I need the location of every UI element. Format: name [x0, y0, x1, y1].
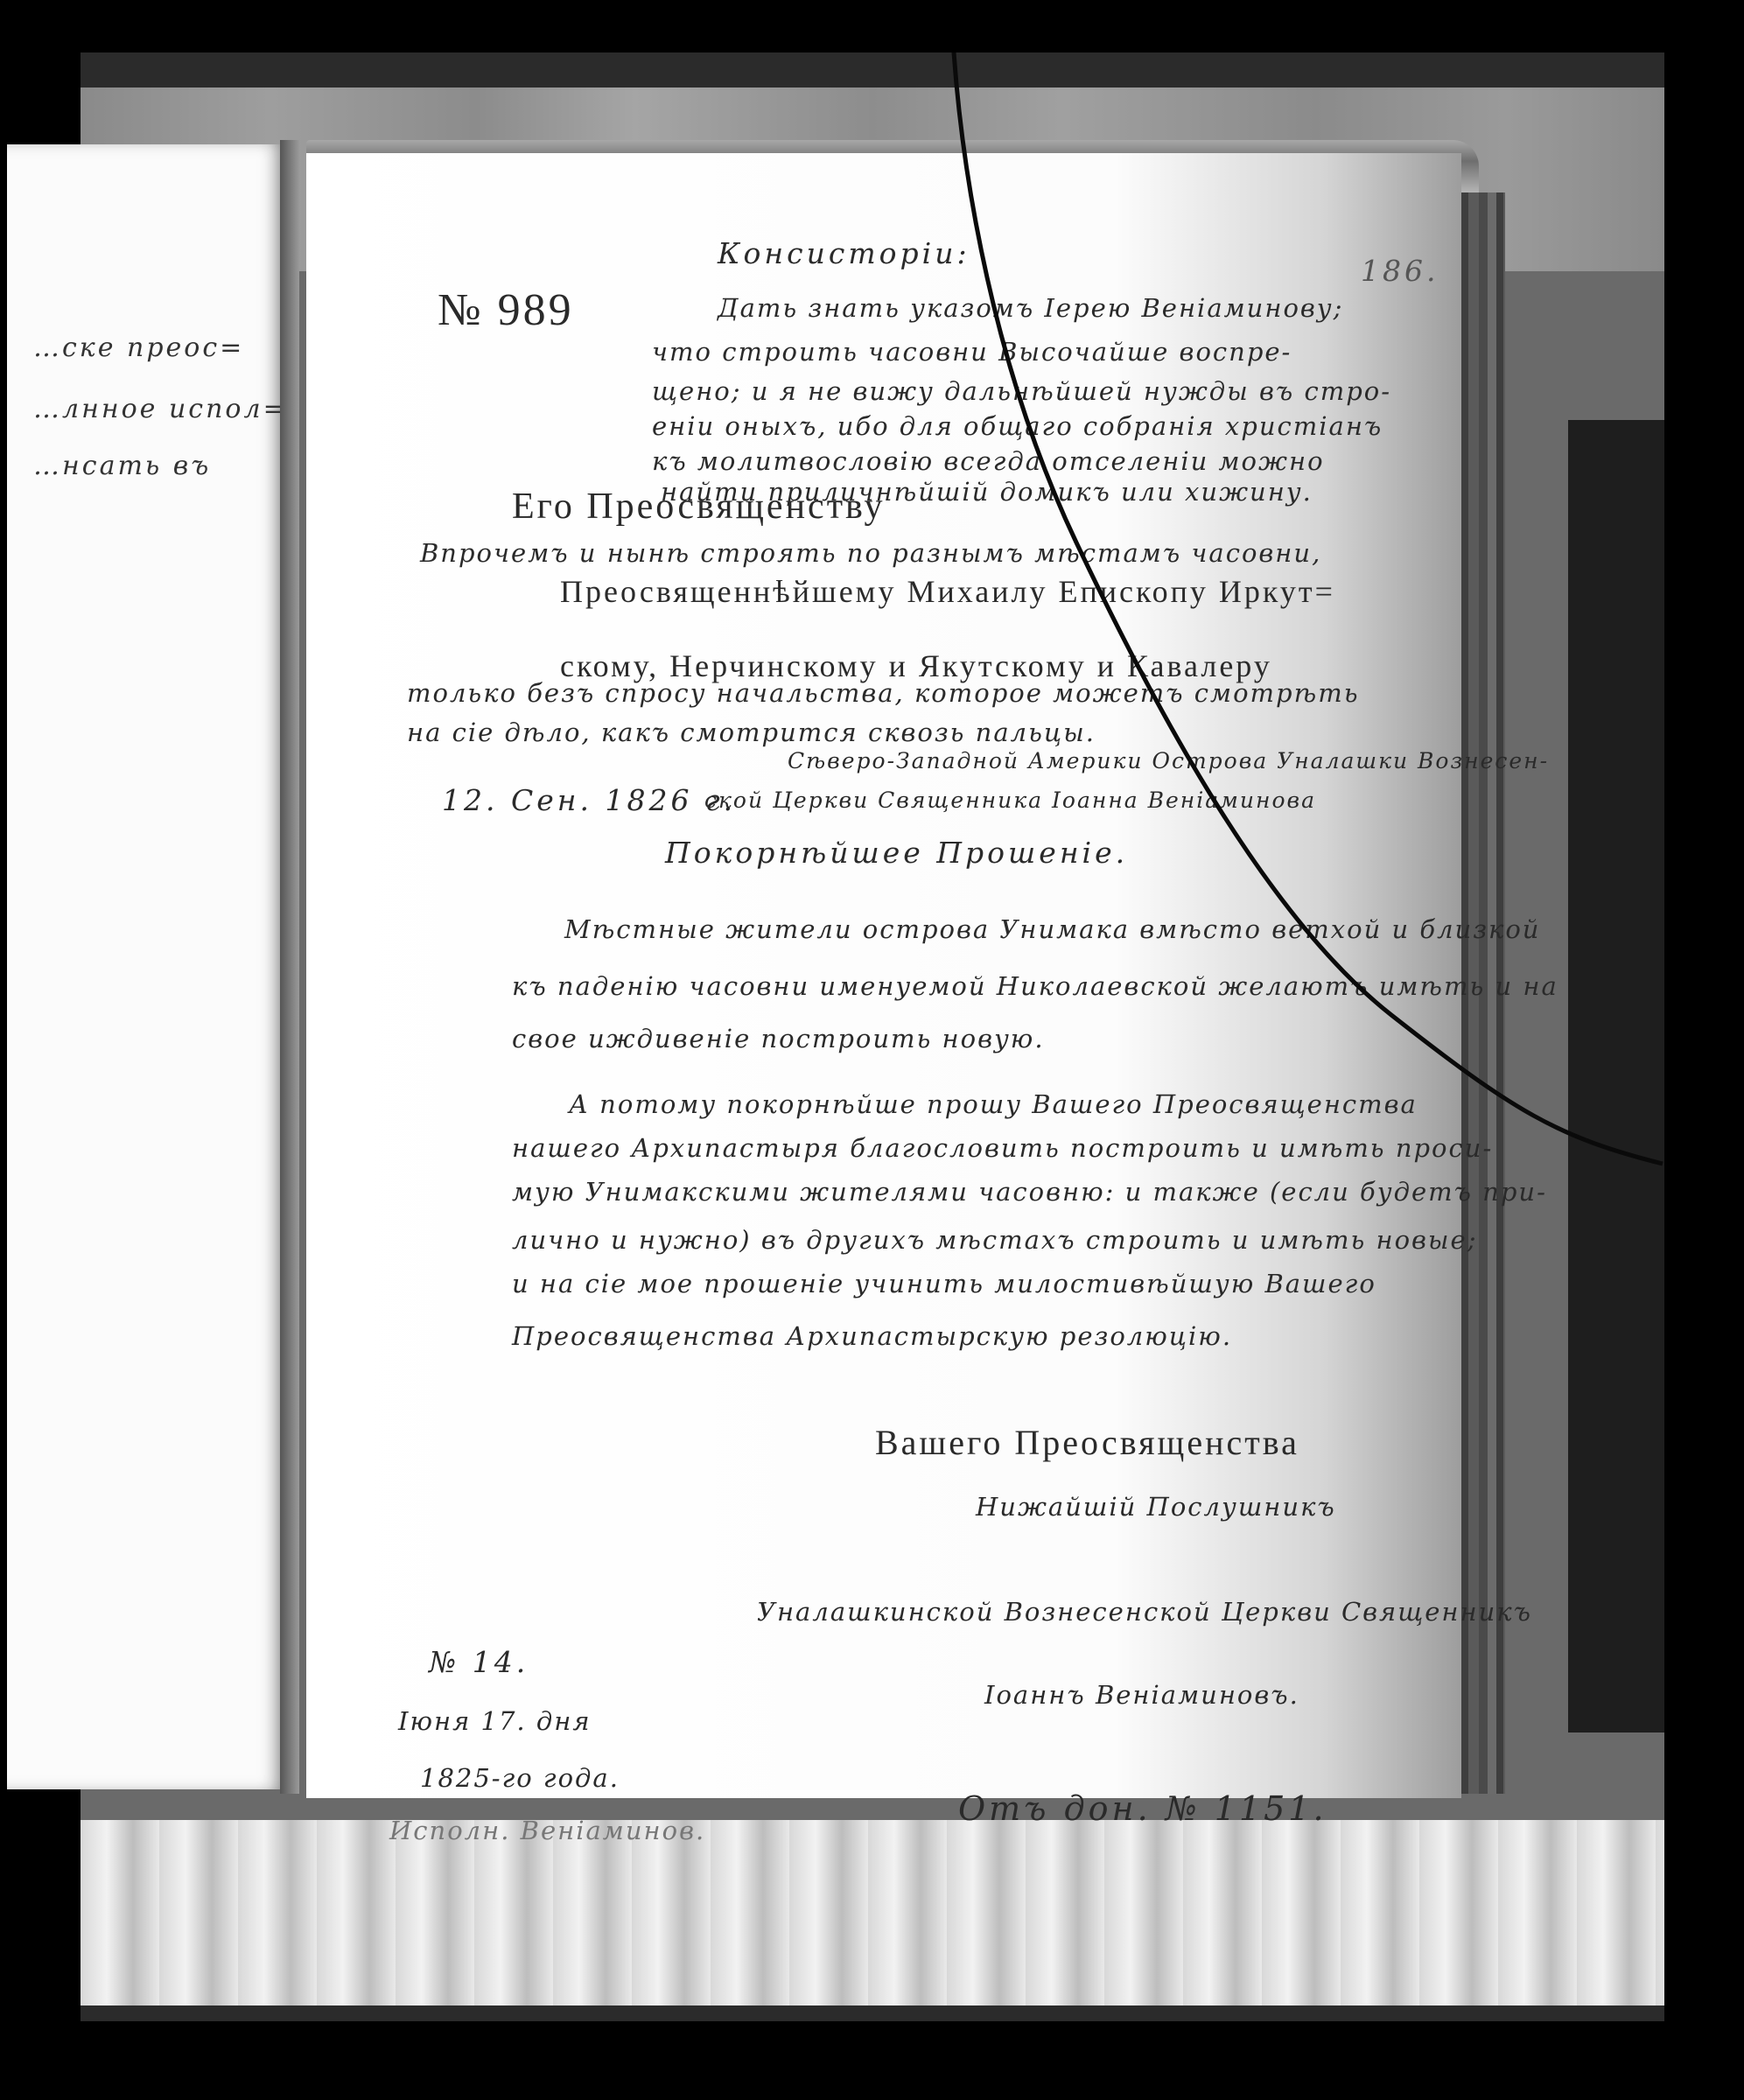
body-line: Преосвященства Архипастырскую резолюцiю.	[512, 1321, 1232, 1351]
archive-number: № 989	[438, 284, 574, 336]
left-page-fragment: …ске преос=	[33, 332, 244, 363]
resolution-date: 12. Сен. 1826 г.	[442, 783, 736, 817]
body-line: нашего Архипастыря благословить построит…	[512, 1133, 1493, 1163]
body-line: Мѣстные жители острова Унимака вмѣсто ве…	[564, 914, 1540, 944]
body-line: свое иждивенiе построить новую.	[512, 1024, 1045, 1053]
resolution-line: щено; и я не вижу дальнѣйшей нужды въ ст…	[652, 376, 1391, 406]
registry-date: Iюня 17. дня	[398, 1706, 592, 1736]
page-number: 186.	[1361, 254, 1439, 288]
signature: Iоаннъ Венiаминовъ.	[984, 1680, 1299, 1710]
body-line: лично и нужно) въ другихъ мѣстахъ строит…	[512, 1225, 1477, 1255]
registry-number: № 14.	[429, 1645, 529, 1679]
body-line: А потому покорнѣйше прошу Вашего Преосвя…	[569, 1089, 1418, 1119]
addressee-line: Преосвященнѣйшему Михаилу Епископу Иркут…	[560, 573, 1335, 610]
body-line: къ паденiю часовни именуемой Николаевско…	[512, 971, 1558, 1001]
plate-bottom-border	[81, 2005, 1664, 2021]
closing-line: Уналашкинской Вознесенской Церкви Священ…	[757, 1597, 1532, 1627]
body-line: мую Унимакскими жителями часовню: и такж…	[512, 1177, 1547, 1207]
dark-backdrop-right	[1568, 420, 1664, 1732]
resolution-line: что строить часовни Высочайше воспре-	[652, 337, 1292, 367]
footer-note: Отъ дон. № 1151.	[958, 1789, 1327, 1828]
resolution-heading: Консисторiи:	[718, 236, 970, 270]
left-page-fragment: …лнное испол=	[33, 394, 288, 424]
plate-top-border	[81, 52, 1664, 87]
cloth-underlay	[81, 1820, 1664, 2008]
left-page: …ске преос= …лнное испол= …нсать въ	[7, 144, 287, 1789]
resolution-line: Впрочемъ и нынѣ строять по разнымъ мѣста…	[420, 538, 1321, 568]
resolution-line: на сiе дѣло, какъ смотрится сквозь пальц…	[407, 717, 1096, 747]
resolution-line: Дать знать указомъ Iерею Венiаминову;	[718, 293, 1343, 323]
closing-line: Нижайшiй Послушникъ	[976, 1492, 1336, 1522]
registry-faint-note: Исполн. Веніаминов.	[389, 1816, 705, 1845]
sender-line: Сѣверо-Западной Америки Острова Уналашки…	[788, 748, 1549, 773]
closing-line: Вашего Преосвященства	[875, 1422, 1299, 1463]
body-line: и на сiе мое прошенiе учинить милостивѣй…	[512, 1269, 1376, 1298]
sender-line: ской Церкви Священника Iоанна Венiаминов…	[704, 787, 1316, 813]
book-gutter	[280, 140, 299, 1794]
addressee-title: Его Преосвященству	[512, 486, 885, 528]
petition-title: Покорнѣйшее Прошенiе.	[665, 836, 1128, 870]
resolution-line: енiи оныхъ, ибо для общаго собранiя хрис…	[652, 411, 1383, 441]
registry-year: 1825-го года.	[420, 1763, 620, 1793]
left-page-fragment: …нсать въ	[33, 451, 211, 481]
resolution-line: только безъ спросу начальства, которое м…	[407, 678, 1359, 708]
resolution-line: къ молитвословiю всегда отселенiи можно	[652, 446, 1325, 476]
